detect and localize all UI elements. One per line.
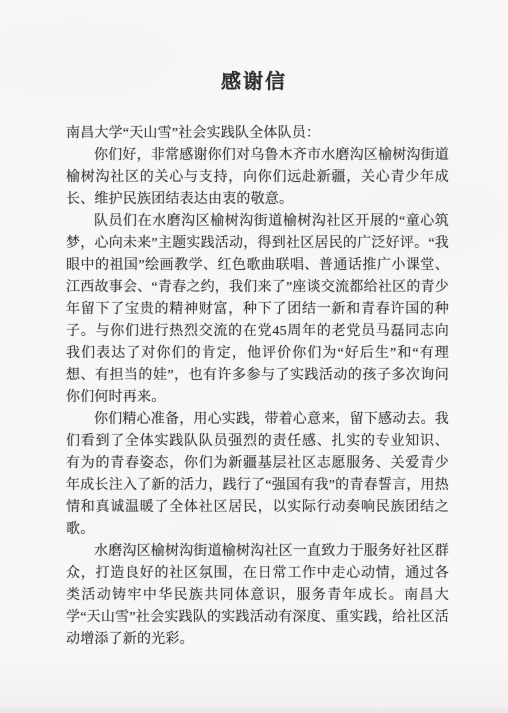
letter-salutation: 南昌大学“天山雪”社会实践队全体队员： <box>66 123 449 145</box>
letter-paragraph-1: 你们好，非常感谢你们对乌鲁木齐市水磨沟区榆树沟街道榆树沟社区的关心与支持，向你们… <box>66 145 449 211</box>
letter-paragraph-3: 你们精心准备，用心实践，带着心意来，留下感动去。我们看到了全体实践队队员强烈的责… <box>66 409 449 541</box>
letter-paragraph-2: 队员们在水磨沟区榆树沟街道榆树沟社区开展的“童心筑梦，心向未来”主题实践活动，得… <box>66 211 449 409</box>
letter-body: 南昌大学“天山雪”社会实践队全体队员： 你们好，非常感谢你们对乌鲁木齐市水磨沟区… <box>66 123 449 651</box>
scanned-letter-page: 感谢信 南昌大学“天山雪”社会实践队全体队员： 你们好，非常感谢你们对乌鲁木齐市… <box>0 0 508 713</box>
letter-paragraph-4: 水磨沟区榆树沟街道榆树沟社区一直致力于服务好社区群众，打造良好的社区氛围，在日常… <box>66 541 449 651</box>
letter-title: 感谢信 <box>0 0 508 95</box>
